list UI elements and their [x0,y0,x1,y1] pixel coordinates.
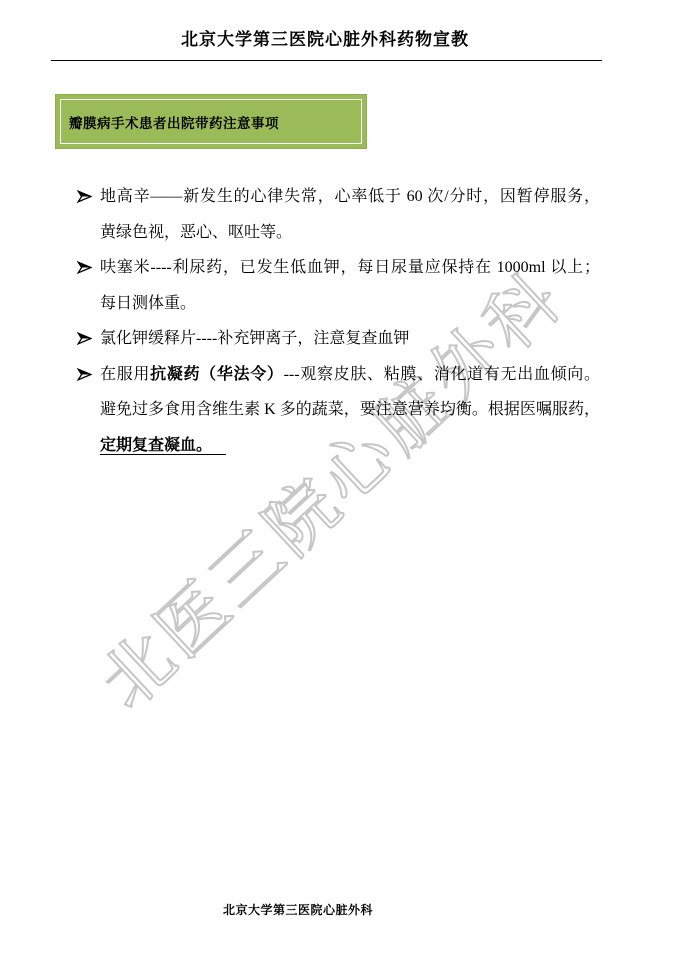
list-item-anticoagulant-line-3: 定期复查凝血。 [100,428,600,464]
bullet-text: 在服用 [100,366,150,383]
arrow-bullet-icon [77,357,92,393]
page-title: 北京大学第三医院心脏外科药物宣教 [0,25,650,50]
section-title-box: 瓣膜病手术患者出院带药注意事项 [55,94,367,149]
bullet-text: ---观察皮肤、粘膜、消化道有无出血倾向。 [284,366,600,383]
list-item-potassium-line-1: 氯化钾缓释片----补充钾离子，注意复查血钾 [100,321,600,357]
bullet-text: 地高辛——新发生的心律失常，心率低于 60 次/分时，因暂停服务， [100,188,600,205]
arrow-bullet-icon [77,179,92,215]
bullet-text-bold-underline: 定期复查凝血。 [100,437,226,455]
bullet-text: 避免过多食用含维生素 K 多的蔬菜，要注意营养均衡。根据医嘱服药， [100,401,600,418]
arrow-bullet-icon [77,250,92,286]
list-item-anticoagulant-line-2: 避免过多食用含维生素 K 多的蔬菜，要注意营养均衡。根据医嘱服药， [100,392,600,428]
list-item-furosemide-line-1: 呋塞米----利尿药，已发生低血钾，每日尿量应保持在 1000ml 以上； [100,250,600,286]
list-item-furosemide-line-2: 每日测体重。 [100,286,600,322]
page-footer: 北京大学第三医院心脏外科 [0,901,596,918]
bullet-text: 每日测体重。 [100,295,196,312]
document-page: 北京大学第三医院心脏外科药物宣教 北医三院心脏外科 瓣膜病手术患者出院带药注意事… [0,0,674,975]
bullet-text: 黄绿色视，恶心、呕吐等。 [100,224,292,241]
section-title: 瓣膜病手术患者出院带药注意事项 [69,95,279,148]
arrow-bullet-icon [77,332,92,345]
bullet-list: 地高辛——新发生的心律失常，心率低于 60 次/分时，因暂停服务， 黄绿色视，恶… [100,179,600,463]
bullet-text: 氯化钾缓释片----补充钾离子，注意复查血钾 [100,330,409,347]
list-item-anticoagulant-line-1: 在服用抗凝药（华法令）---观察皮肤、粘膜、消化道有无出血倾向。 [100,357,600,393]
arrow-bullet-icon [77,261,92,274]
arrow-bullet-icon [77,190,92,203]
arrow-bullet-icon [77,368,92,381]
list-item-digoxin-line-1: 地高辛——新发生的心律失常，心率低于 60 次/分时，因暂停服务， [100,179,600,215]
list-item-digoxin-line-2: 黄绿色视，恶心、呕吐等。 [100,215,600,251]
bullet-text-bold: 抗凝药（华法令） [150,366,284,383]
header-divider [51,60,602,61]
bullet-text: 呋塞米----利尿药，已发生低血钾，每日尿量应保持在 1000ml 以上； [100,259,600,276]
arrow-bullet-icon [77,321,92,357]
